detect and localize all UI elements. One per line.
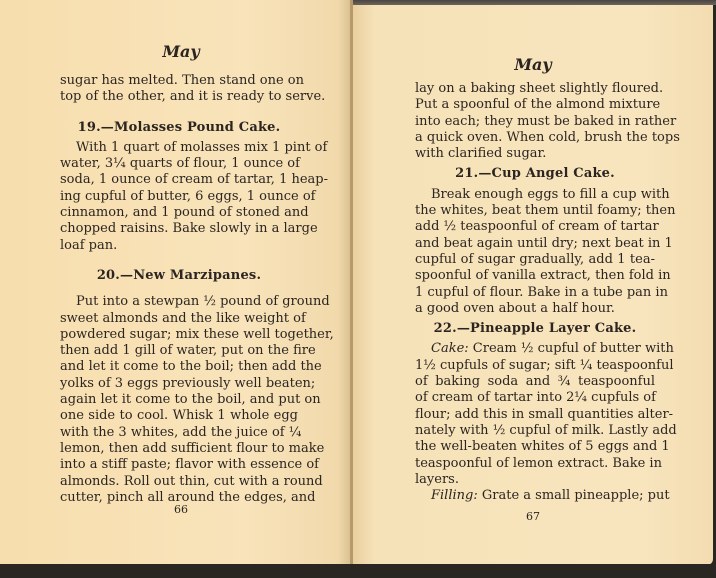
- text-line: top of the other, and it is ready to ser…: [60, 89, 298, 105]
- text-line: with clarified sugar.: [415, 146, 655, 162]
- text-line: chopped raisins. Bake slowly in a large: [60, 221, 298, 237]
- text-line: lay on a baking sheet slightly floured.: [415, 81, 655, 97]
- text-line: into each; they must be baked in rather: [415, 114, 655, 130]
- text-line: cinnamon, and 1 pound of stoned and: [60, 205, 298, 221]
- text-line: sweet almonds and the like weight of: [60, 311, 298, 327]
- left-page: May sugar has melted. Then stand one on …: [0, 0, 352, 564]
- text-line: into a stiff paste; flavor with essence …: [60, 457, 298, 473]
- text-line: cupful of sugar gradually, add 1 tea-: [415, 252, 655, 268]
- recipe-heading-19: 19.—Molasses Pound Cake.: [60, 120, 298, 136]
- text-line: and beat again until dry; next beat in 1: [415, 236, 655, 252]
- right-page: May lay on a baking sheet slightly flour…: [353, 5, 713, 565]
- recipe-heading-21: 21.—Cup Angel Cake.: [415, 166, 655, 182]
- text-line: ing cupful of butter, 6 eggs, 1 ounce of: [60, 189, 298, 205]
- text-line: powdered sugar; mix these well together,: [60, 327, 298, 343]
- left-page-text: sugar has melted. Then stand one on top …: [60, 73, 298, 506]
- text-line: 1½ cupfuls of sugar; sift ¼ teaspoonful: [415, 358, 655, 374]
- text-line: With 1 quart of molasses mix 1 pint of: [60, 140, 298, 156]
- right-page-text: lay on a baking sheet slightly floured. …: [415, 81, 655, 504]
- text-line-cake: Cake: Cream ½ cupful of butter with: [415, 341, 655, 357]
- text-line: almonds. Roll out thin, cut with a round: [60, 474, 298, 490]
- text-line: flour; add this in small quantities alte…: [415, 407, 655, 423]
- running-head-right: May: [353, 55, 713, 74]
- text-line: the whites, beat them until foamy; then: [415, 203, 655, 219]
- text-line: add ½ teaspoonful of cream of tartar: [415, 219, 655, 235]
- text-line: a good oven about a half hour.: [415, 301, 655, 317]
- filling-text: Grate a small pineapple; put: [478, 488, 670, 503]
- recipe-heading-20: 20.—New Marzipanes.: [60, 268, 298, 284]
- text-line: then add 1 gill of water, put on the fir…: [60, 343, 298, 359]
- text-line: soda, 1 ounce of cream of tartar, 1 heap…: [60, 172, 298, 188]
- text-line: water, 3¼ quarts of flour, 1 ounce of: [60, 156, 298, 172]
- text-line: Break enough eggs to fill a cup with: [415, 187, 655, 203]
- text-line: of cream of tartar into 2¼ cupfuls of: [415, 390, 655, 406]
- page-number-right: 67: [353, 510, 713, 523]
- text-line: nately with ½ cupful of milk. Lastly add: [415, 423, 655, 439]
- text-line: lemon, then add sufficient flour to make: [60, 441, 298, 457]
- running-head-left: May: [5, 42, 357, 61]
- text-line: one side to cool. Whisk 1 whole egg: [60, 408, 298, 424]
- text-line: of baking soda and ¾ teaspoonful: [415, 374, 655, 390]
- text-line: and let it come to the boil; then add th…: [60, 359, 298, 375]
- text-line: loaf pan.: [60, 238, 298, 254]
- text-line: 1 cupful of flour. Bake in a tube pan in: [415, 285, 655, 301]
- book-spread: May sugar has melted. Then stand one on …: [0, 0, 716, 578]
- text-line: spoonful of vanilla extract, then fold i…: [415, 268, 655, 284]
- recipe-heading-22: 22.—Pineapple Layer Cake.: [415, 321, 655, 337]
- text-line: yolks of 3 eggs previously well beaten;: [60, 376, 298, 392]
- text-line: with the 3 whites, add the juice of ¼: [60, 425, 298, 441]
- text-line: teaspoonful of lemon extract. Bake in: [415, 456, 655, 472]
- text-line: a quick oven. When cold, brush the tops: [415, 130, 655, 146]
- text-line-filling: Filling: Grate a small pineapple; put: [415, 488, 655, 504]
- cake-label: Cake:: [431, 341, 469, 356]
- text-line: Put into a stewpan ½ pound of ground: [60, 294, 298, 310]
- text-line: layers.: [415, 472, 655, 488]
- cake-text: Cream ½ cupful of butter with: [469, 341, 674, 356]
- text-line: Put a spoonful of the almond mixture: [415, 97, 655, 113]
- page-number-left: 66: [5, 503, 357, 516]
- bottom-edge-shadow: [0, 564, 716, 578]
- text-line: the well-beaten whites of 5 eggs and 1: [415, 439, 655, 455]
- text-line: sugar has melted. Then stand one on: [60, 73, 298, 89]
- filling-label: Filling:: [431, 488, 478, 503]
- text-line: again let it come to the boil, and put o…: [60, 392, 298, 408]
